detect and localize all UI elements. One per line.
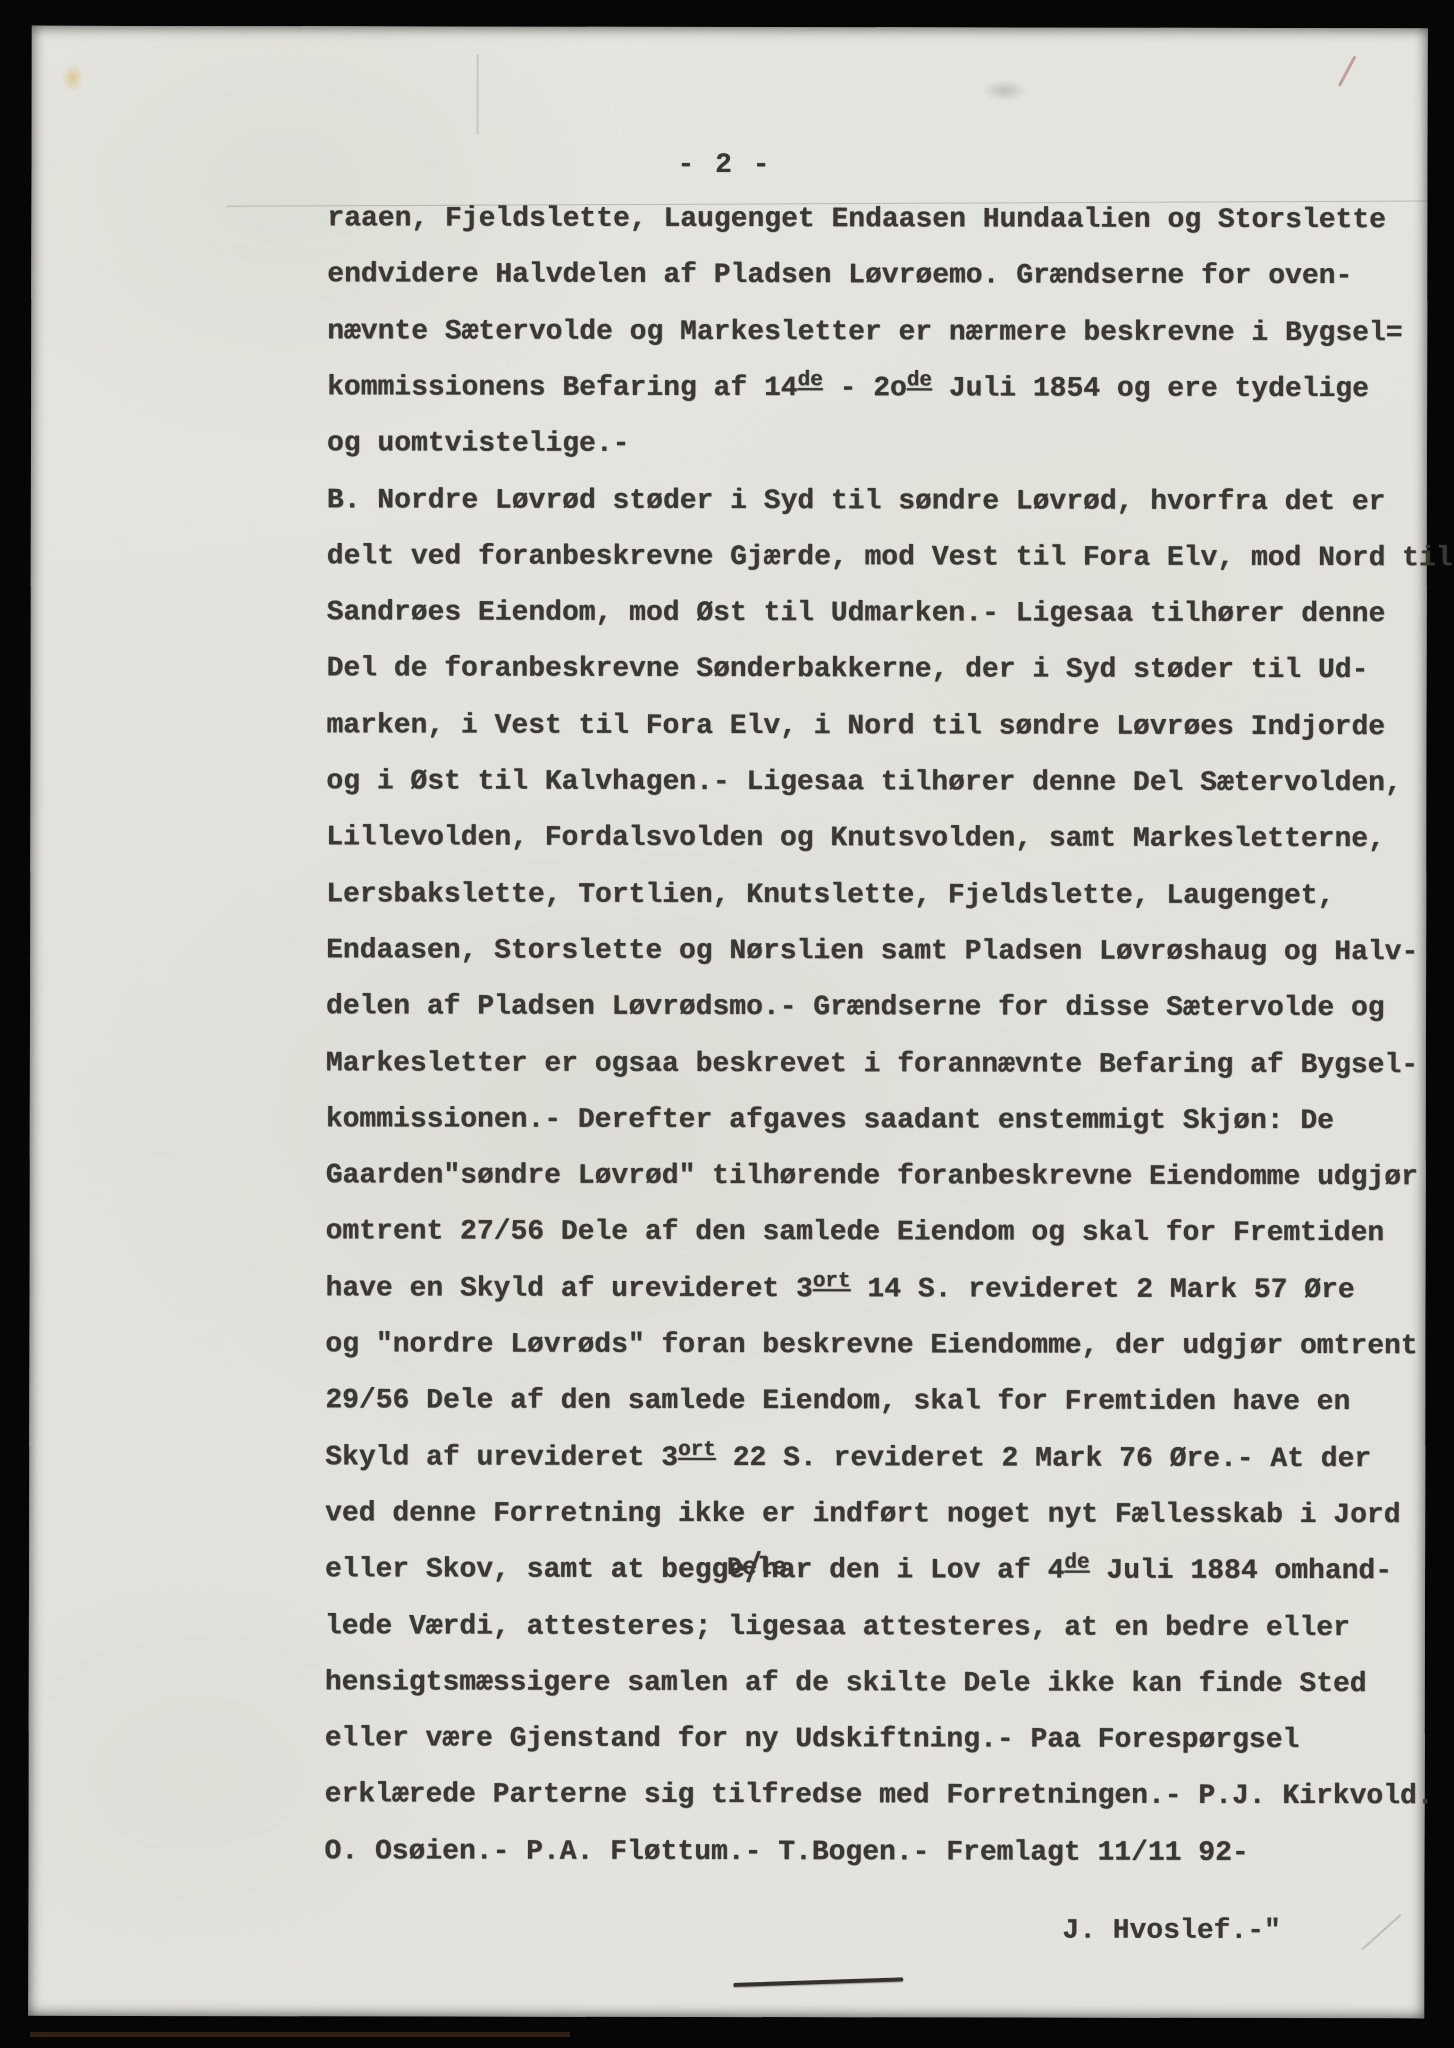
inserted-word-above-line: Dele bbox=[727, 1553, 787, 1582]
scan-streak bbox=[477, 55, 479, 135]
superscript-segment: ort bbox=[813, 1270, 851, 1293]
text-segment: - 2o bbox=[823, 373, 907, 404]
text-line: Gaarden"søndre Løvrød" tilhørende foranb… bbox=[326, 1156, 1418, 1198]
text-segment: omtrent 27/56 Dele af den samlede Eiendo… bbox=[326, 1217, 1385, 1250]
text-segment: og i Øst til Kalvhagen.- Ligesaa tilhøre… bbox=[326, 766, 1401, 799]
text-segment: delen af Pladsen Løvrødsmo.- Grændserne … bbox=[326, 991, 1385, 1024]
text-line: og uomtvistelige.- bbox=[327, 424, 630, 465]
superscript-segment: de bbox=[907, 369, 932, 392]
text-line: nævnte Sætervolde og Markesletter er nær… bbox=[327, 312, 1402, 354]
text-line: Lersbakslette, Tortlien, Knutslette, Fje… bbox=[326, 875, 1334, 917]
superscript-segment: de bbox=[1064, 1552, 1089, 1575]
text-segment: Lersbakslette, Tortlien, Knutslette, Fje… bbox=[326, 879, 1334, 912]
text-line: B. Nordre Løvrød støder i Syd til søndre… bbox=[327, 481, 1386, 523]
text-line: erklærede Parterne sig tilfredse med For… bbox=[325, 1776, 1434, 1818]
text-segment: kommissionen.- Derefter afgaves saadant … bbox=[326, 1104, 1334, 1137]
text-line: have en Skyld af urevideret 3ort 14 S. r… bbox=[325, 1269, 1354, 1311]
text-line: marken, i Vest til Fora Elv, i Nord til … bbox=[326, 706, 1385, 748]
text-segment: Lillevolden, Fordalsvolden og Knutsvolde… bbox=[326, 823, 1385, 856]
text-line: og "nordre Løvrøds" foran beskrevne Eien… bbox=[325, 1325, 1417, 1367]
page-number: - 2 - bbox=[677, 150, 771, 181]
text-segment: lede Værdi, attesteres; ligesaa attester… bbox=[325, 1611, 1350, 1644]
paper-smudge bbox=[982, 79, 1028, 101]
text-segment: eller Skov, samt at begge bbox=[325, 1554, 745, 1586]
separator-rule bbox=[733, 1977, 903, 1987]
text-line: Endaasen, Storslette og Nørslien samt Pl… bbox=[326, 931, 1418, 973]
text-segment: erklærede Parterne sig tilfredse med For… bbox=[325, 1780, 1434, 1813]
text-line: delt ved foranbeskrevne Gjærde, mod Vest… bbox=[327, 537, 1453, 579]
paper-stain bbox=[62, 64, 84, 92]
text-segment: har den i Lov af 4 bbox=[762, 1555, 1065, 1587]
text-segment: endvidere Halvdelen af Pladsen Løvrøemo.… bbox=[327, 260, 1352, 293]
typewritten-text-block: raaen, Fjeldslette, Laugenget Endaasen H… bbox=[32, 26, 1428, 28]
red-scratch-mark bbox=[1338, 55, 1357, 86]
text-line: O. Osøien.- P.A. Fløttum.- T.Bogen.- Fre… bbox=[325, 1832, 1249, 1874]
text-segment: raaen, Fjeldslette, Laugenget Endaasen H… bbox=[327, 203, 1386, 236]
text-line: delen af Pladsen Løvrødsmo.- Grændserne … bbox=[326, 987, 1385, 1029]
text-segment: Endaasen, Storslette og Nørslien samt Pl… bbox=[326, 935, 1418, 968]
text-segment: ved denne Forretning ikke er indført nog… bbox=[325, 1498, 1400, 1531]
text-line: ved denne Forretning ikke er indført nog… bbox=[325, 1494, 1400, 1536]
text-segment: have en Skyld af urevideret 3 bbox=[326, 1273, 813, 1305]
text-segment: og "nordre Løvrøds" foran beskrevne Eien… bbox=[325, 1329, 1417, 1362]
text-line: og i Øst til Kalvhagen.- Ligesaa tilhøre… bbox=[326, 762, 1401, 804]
paper-crease bbox=[1361, 1914, 1401, 1950]
superscript-segment: de bbox=[798, 369, 823, 392]
text-segment: kommissionens Befaring af 14 bbox=[327, 372, 798, 404]
text-segment: og uomtvistelige.- bbox=[327, 428, 630, 460]
text-line: endvidere Halvdelen af Pladsen Løvrøemo.… bbox=[327, 256, 1352, 298]
text-segment: O. Osøien.- P.A. Fløttum.- T.Bogen.- Fre… bbox=[325, 1836, 1249, 1869]
text-line: 29/56 Dele af den samlede Eiendom, skal … bbox=[325, 1382, 1350, 1424]
text-segment: Skyld af urevideret 3 bbox=[325, 1442, 678, 1474]
text-line: Lillevolden, Fordalsvolden og Knutsvolde… bbox=[326, 819, 1385, 861]
text-segment: eller være Gjenstand for ny Udskiftning.… bbox=[325, 1723, 1300, 1756]
text-line: eller Skov, samt at begge/har den i Lov … bbox=[325, 1550, 1392, 1592]
text-line: eller være Gjenstand for ny Udskiftning.… bbox=[325, 1719, 1300, 1761]
text-line: kommissionen.- Derefter afgaves saadant … bbox=[326, 1100, 1334, 1142]
text-line: kommissionens Befaring af 14de - 2ode Ju… bbox=[327, 368, 1369, 410]
text-line: omtrent 27/56 Dele af den samlede Eiendo… bbox=[326, 1213, 1385, 1255]
signature-line: J. Hvoslef.-" bbox=[1062, 1916, 1280, 1947]
text-line: Skyld af urevideret 3ort 22 S. revideret… bbox=[325, 1438, 1371, 1480]
text-line: Markesletter er ogsaa beskrevet i forann… bbox=[326, 1044, 1418, 1086]
text-segment: Juli 1854 og ere tydelige bbox=[932, 373, 1369, 405]
text-segment: Del de foranbeskrevne Sønderbakkerne, de… bbox=[327, 654, 1369, 687]
text-line: lede Værdi, attesteres; ligesaa attester… bbox=[325, 1607, 1350, 1649]
text-segment: 14 S. revideret 2 Mark 57 Øre bbox=[851, 1274, 1355, 1306]
text-line: Del de foranbeskrevne Sønderbakkerne, de… bbox=[327, 650, 1369, 692]
text-segment: Gaarden"søndre Løvrød" tilhørende foranb… bbox=[326, 1160, 1418, 1193]
text-line: hensigtsmæssigere samlen af de skilte De… bbox=[325, 1663, 1367, 1705]
text-segment: delt ved foranbeskrevne Gjærde, mod Vest… bbox=[327, 541, 1453, 574]
text-segment: Sandrøes Eiendom, mod Øst til Udmarken.-… bbox=[327, 597, 1386, 630]
superscript-segment: ort bbox=[678, 1439, 716, 1462]
scan-bottom-edge bbox=[30, 2032, 570, 2037]
text-segment: 22 S. revideret 2 Mark 76 Øre.- At der bbox=[716, 1443, 1371, 1475]
text-segment: Juli 1884 omhand- bbox=[1090, 1556, 1393, 1588]
text-segment: 29/56 Dele af den samlede Eiendom, skal … bbox=[325, 1386, 1350, 1419]
text-line: raaen, Fjeldslette, Laugenget Endaasen H… bbox=[327, 199, 1386, 241]
text-segment: Markesletter er ogsaa beskrevet i forann… bbox=[326, 1048, 1418, 1081]
text-segment: marken, i Vest til Fora Elv, i Nord til … bbox=[326, 710, 1385, 743]
text-segment: B. Nordre Løvrød støder i Syd til søndre… bbox=[327, 485, 1386, 518]
text-segment: nævnte Sætervolde og Markesletter er nær… bbox=[327, 316, 1402, 349]
scanned-paper-page: - 2 - raaen, Fjeldslette, Laugenget Enda… bbox=[28, 26, 1427, 2018]
text-line: Sandrøes Eiendom, mod Øst til Udmarken.-… bbox=[327, 593, 1386, 635]
text-segment: hensigtsmæssigere samlen af de skilte De… bbox=[325, 1667, 1367, 1700]
